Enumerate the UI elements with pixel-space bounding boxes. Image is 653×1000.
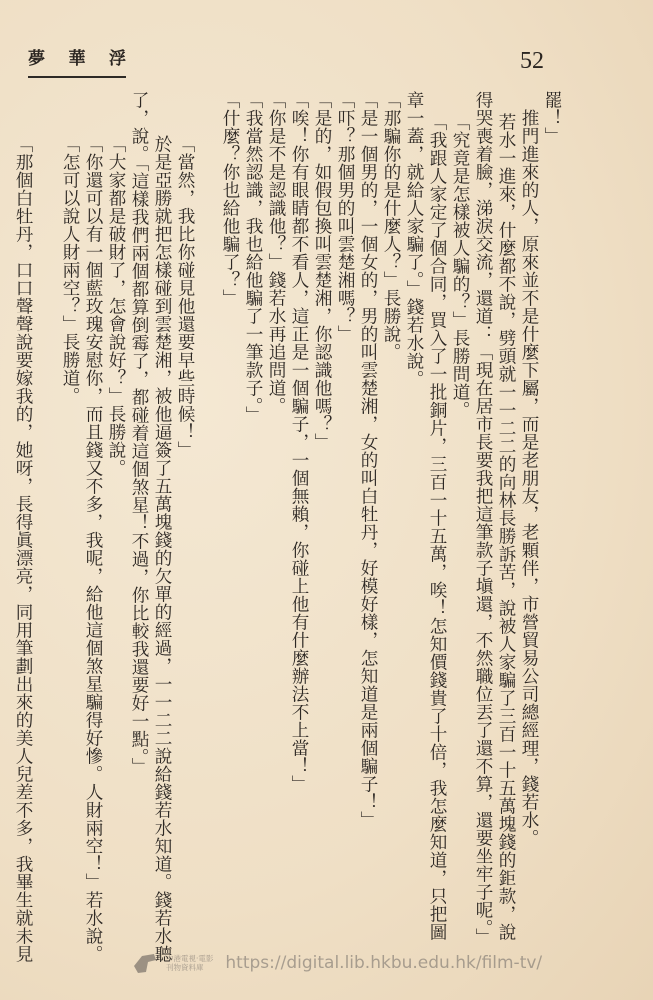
text-column: 「什麼？你也給他騙了？」	[219, 91, 241, 307]
watermark: 中港電視·電影 刊物資料庫 https://digital.lib.hkbu.e…	[132, 952, 542, 974]
text-column: 罷！」	[541, 91, 563, 145]
text-column: 若水一進來，什麼都不說，劈頭就一一二二的向林長勝訴苦，說被人家騙了三百一十五萬塊…	[495, 113, 517, 941]
text-column: 「我當然認識，我也給他騙了一筆款子。」	[242, 91, 264, 424]
source-url[interactable]: https://digital.lib.hkbu.edu.hk/film-tv/	[225, 953, 542, 973]
library-logo-icon	[132, 952, 158, 974]
text-column: 了，說。「這樣我們兩個都算倒霉了，都碰着這個煞星！不過，你比較我還要好一點。」	[128, 91, 150, 775]
text-column: 「是一個男的，一個女的，男的叫雲楚湘，女的叫白牡丹，好模好樣，怎知道是兩個騙子！…	[357, 91, 379, 829]
text-column: 「是的，如假包換叫雲楚湘，你認識他嗎？」	[311, 91, 333, 451]
text-column: 於是亞勝就把怎樣碰到雲楚湘，被他逼簽了五萬塊錢的欠單的經過，一一二二說給錢若水知…	[151, 135, 173, 963]
text-column: 「究竟是怎樣被人騙的？」長勝問道。	[449, 113, 471, 419]
text-column: 「我跟人家定了個合同，買入了一批銅片，三百一十五萬，唉！怎知價錢貴了十倍，我怎麼…	[426, 113, 448, 941]
page-number: 52	[520, 48, 544, 75]
text-column: 章一蓋，就給人家騙了。」錢若水說。	[403, 91, 425, 388]
text-column: 「你是不是認識他？」錢若水再追問道。	[265, 91, 287, 415]
text-column: 「唉！你有眼睛都不看人，這正是一個騙子，一個無賴，你碰上他有什麼辦法不上當！」	[288, 91, 310, 793]
text-column: 「吓？那個男的叫雲楚湘嗎？」	[334, 91, 356, 343]
header-rule	[28, 76, 126, 78]
text-column: 得哭喪着臉，涕淚交流，還道：「現在居市長要我把這筆款子塡還，不然職位丟了還不算，…	[472, 91, 494, 946]
text-column: 「大家都是破財了，怎會說好？」長勝說。	[105, 135, 127, 477]
text-column: 「怎可以說人財兩空？」長勝道。	[59, 135, 81, 405]
text-column: 「你還可以有一個藍玫瑰安慰你，而且錢又不多，我呢，給他這個煞星騙得好慘。人財兩空…	[82, 135, 104, 963]
text-column: 「當然，我比你碰見他還要早些時候！」	[174, 135, 196, 459]
text-column: 「那個白牡丹，口口聲聲說要嫁我的，她呀，長得眞漂亮，同用筆劃出來的美人兒差不多，…	[12, 135, 34, 963]
library-name: 中港電視·電影 刊物資料庫	[166, 954, 213, 972]
header-char: 華	[69, 44, 86, 69]
text-column: 「那騙你的是什麼人？」長勝說。	[380, 91, 402, 361]
text-column: 推門進來的人，原來並不是什麼下屬，而是老朋友，老顆伴，市營貿易公司總經理，錢若水…	[518, 91, 540, 847]
running-header-title: 夢 華 浮	[28, 44, 126, 69]
header-char: 夢	[28, 44, 45, 69]
header-char: 浮	[109, 44, 126, 69]
